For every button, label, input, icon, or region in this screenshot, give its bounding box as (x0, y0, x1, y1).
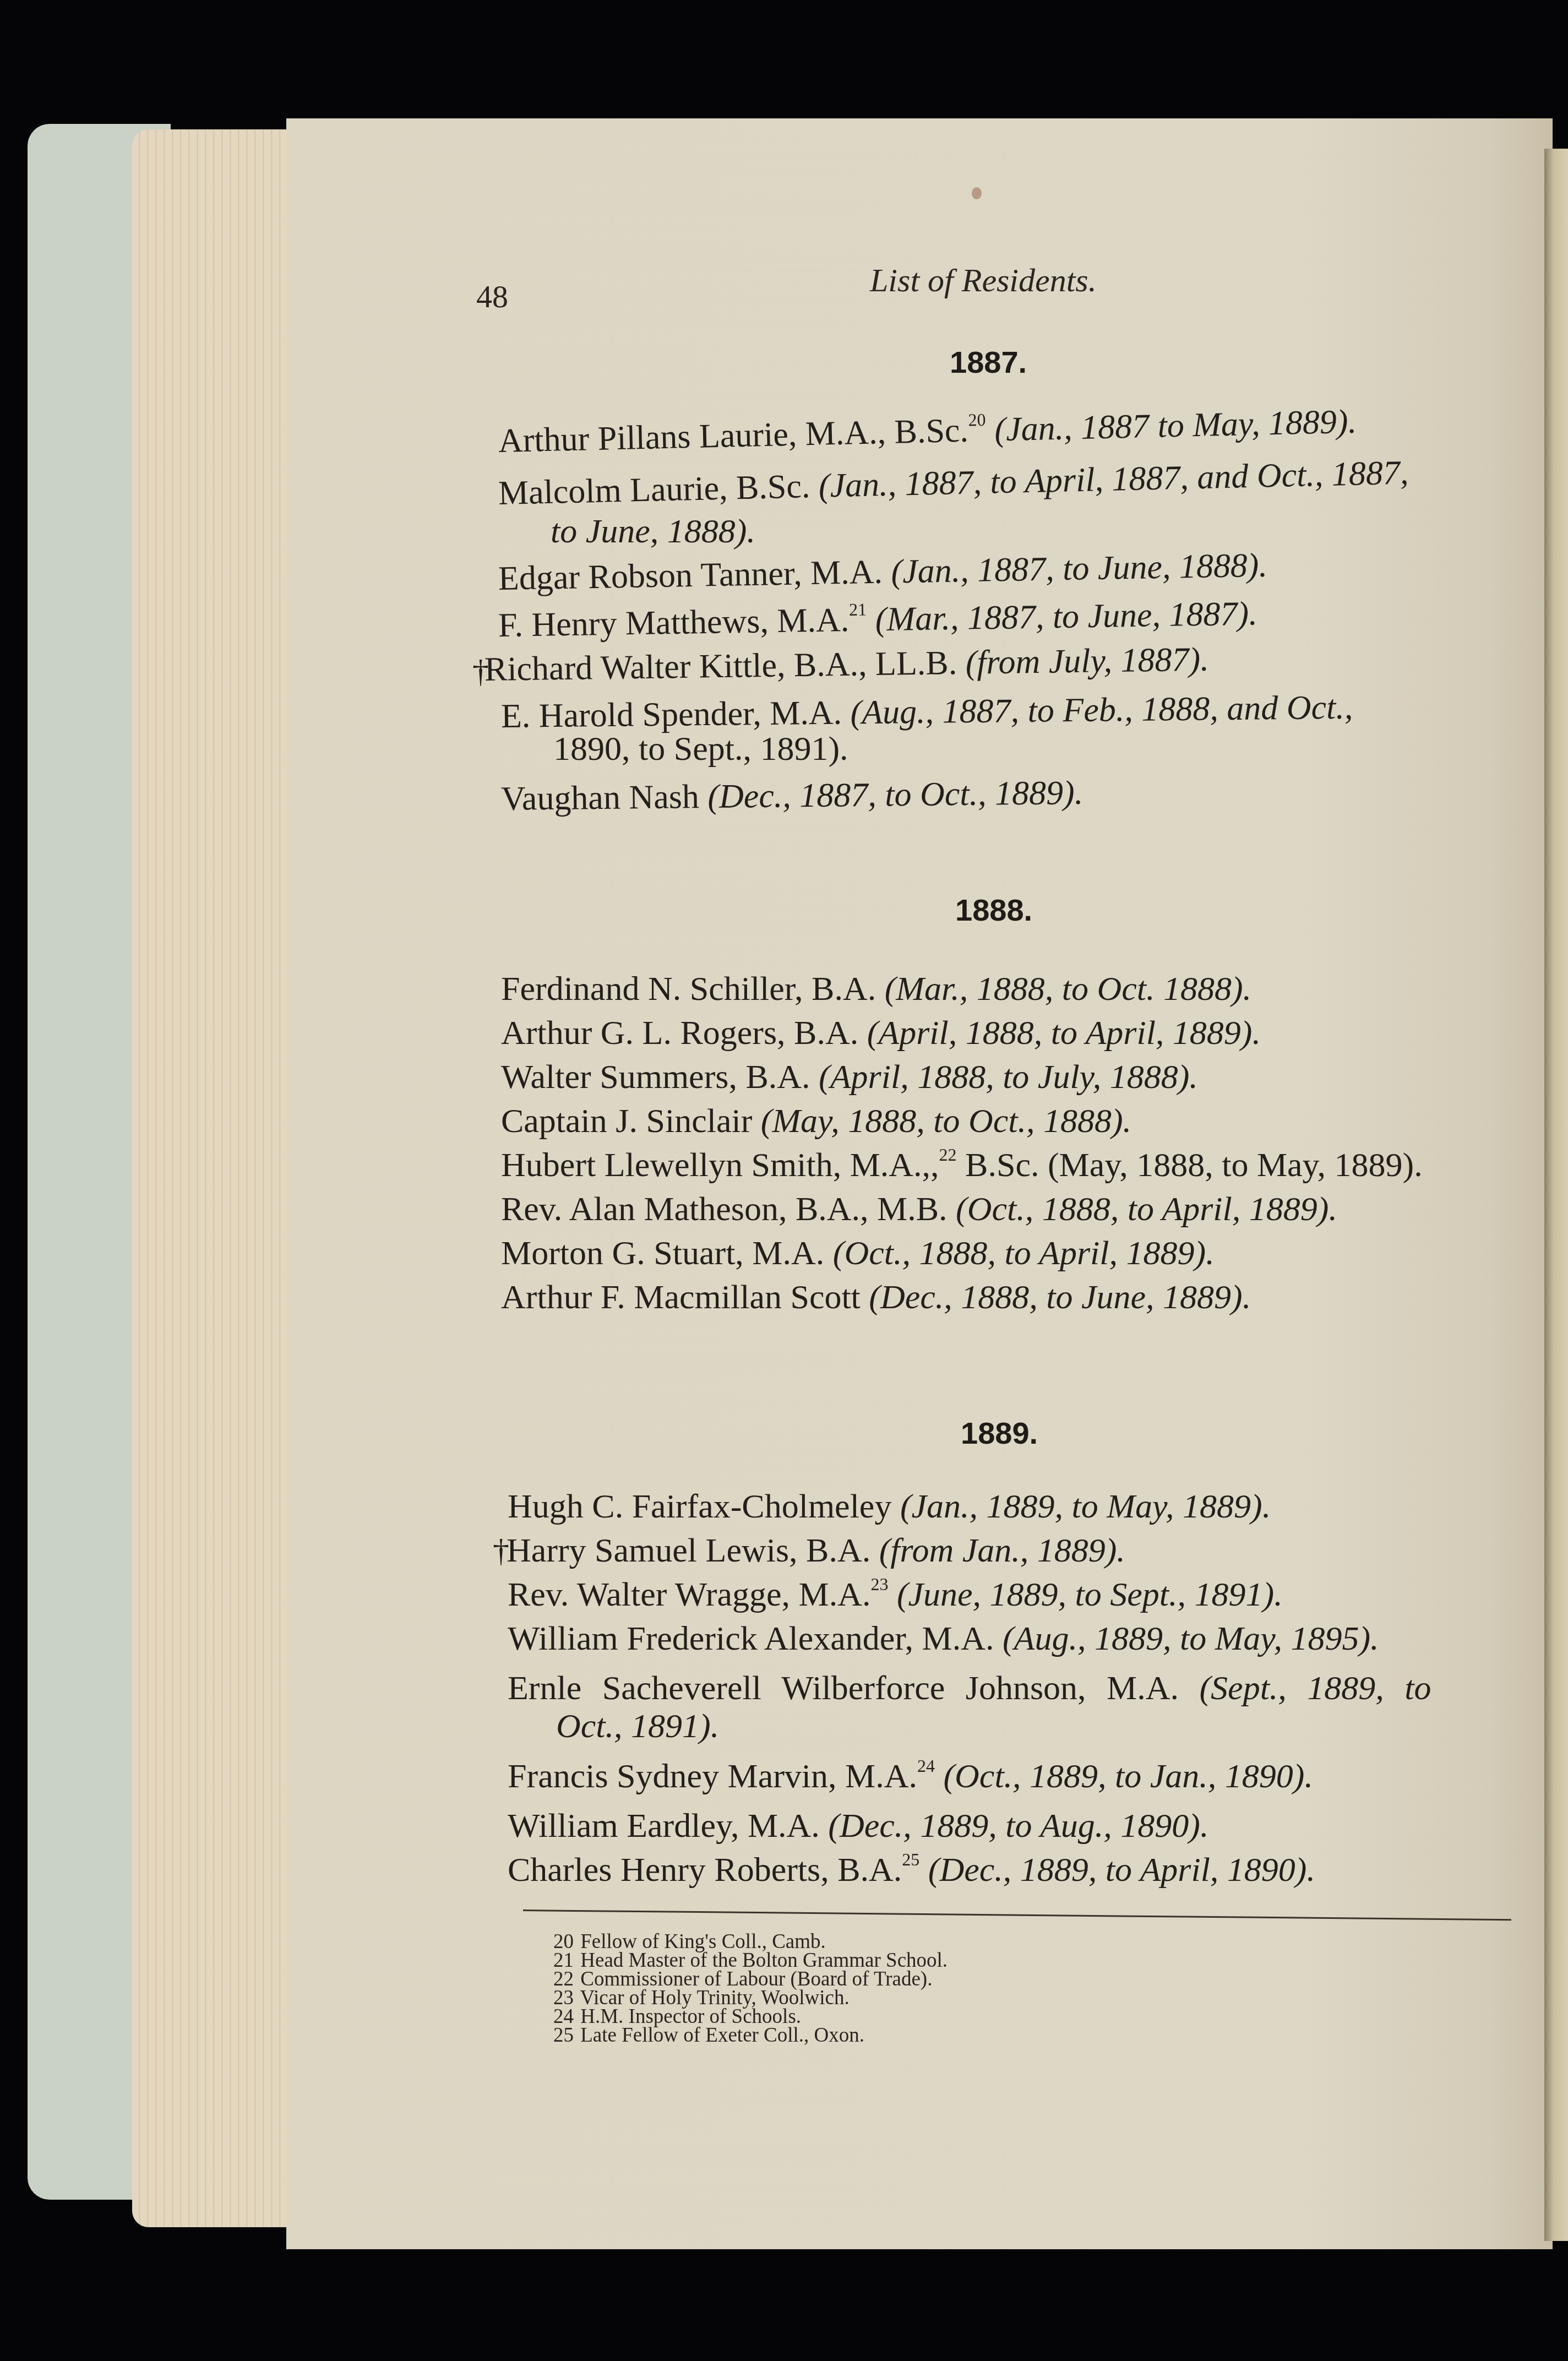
resident-entry: Francis Sydney Marvin, M.A.24 (Oct., 188… (508, 1759, 1313, 1793)
entry-continuation: Oct., 1891). (556, 1707, 719, 1746)
footnote-ref: 25 (902, 1849, 919, 1869)
paper-stain (972, 187, 982, 199)
resident-entry: Captain J. Sinclair (May, 1888, to Oct.,… (501, 1104, 1131, 1138)
footnote: 20 Fellow of King's Coll., Camb. (553, 1933, 948, 1951)
resident-entry: Morton G. Stuart, M.A. (Oct., 1888, to A… (501, 1236, 1215, 1270)
footnote: 24 H.M. Inspector of Schools. (553, 2008, 948, 2026)
resident-entry: E. Harold Spender, M.A. (Aug., 1887, to … (501, 690, 1353, 733)
resident-entry: Arthur G. L. Rogers, B.A. (April, 1888, … (501, 1016, 1261, 1050)
footnote: 23 Vicar of Holy Trinity, Woolwich. (553, 1989, 948, 2008)
page-number: 48 (476, 278, 508, 315)
footnote: 25 Late Fellow of Exeter Coll., Oxon. (553, 2026, 948, 2045)
resident-entry: Hugh C. Fairfax-Cholmeley (Jan., 1889, t… (508, 1489, 1271, 1524)
year-heading-1889: 1889. (961, 1415, 1038, 1451)
footnotes: 20 Fellow of King's Coll., Camb. 21 Head… (553, 1933, 948, 2045)
footnote-ref: 24 (917, 1756, 935, 1776)
resident-entry: William Frederick Alexander, M.A. (Aug.,… (508, 1622, 1379, 1656)
footnote-ref: 22 (939, 1145, 957, 1165)
resident-entry: Hubert Llewellyn Smith, M.A.,,22 B.Sc. (… (501, 1148, 1423, 1182)
footnote-ref: 20 (968, 410, 986, 430)
resident-entry: Rev. Walter Wragge, M.A.23 (June, 1889, … (508, 1577, 1283, 1612)
running-head: List of Residents. (870, 262, 1097, 300)
resident-entry: William Eardley, M.A. (Dec., 1889, to Au… (508, 1809, 1208, 1843)
footnote-ref: 23 (870, 1574, 888, 1594)
footnote: 22 Commissioner of Labour (Board of Trad… (553, 1970, 948, 1989)
entry-continuation: to June, 1888). (551, 512, 755, 551)
page-stack-edges (132, 129, 297, 2227)
footnote: 21 Head Master of the Bolton Grammar Sch… (553, 1951, 948, 1970)
resident-entry: Ernle Sacheverell Wilberforce Johnson, M… (508, 1671, 1431, 1705)
resident-entry: Ferdinand N. Schiller, B.A. (Mar., 1888,… (501, 972, 1251, 1006)
resident-entry: Charles Henry Roberts, B.A.25 (Dec., 188… (508, 1853, 1315, 1887)
resident-entry: Arthur F. Macmillan Scott (Dec., 1888, t… (501, 1280, 1251, 1314)
year-heading-1887: 1887. (950, 344, 1027, 380)
resident-entry: Harry Samuel Lewis, B.A. (from Jan., 188… (507, 1533, 1125, 1568)
next-page-edge (1544, 149, 1568, 2241)
year-heading-1888: 1888. (955, 892, 1032, 928)
resident-entry: Vaughan Nash (Dec., 1887, to Oct., 1889)… (501, 776, 1084, 816)
resident-entry: Rev. Alan Matheson, B.A., M.B. (Oct., 18… (501, 1192, 1337, 1226)
resident-entry: Walter Summers, B.A. (April, 1888, to Ju… (501, 1060, 1198, 1094)
footnote-ref: 21 (849, 599, 867, 619)
entry-continuation: 1890, to Sept., 1891). (553, 730, 848, 769)
